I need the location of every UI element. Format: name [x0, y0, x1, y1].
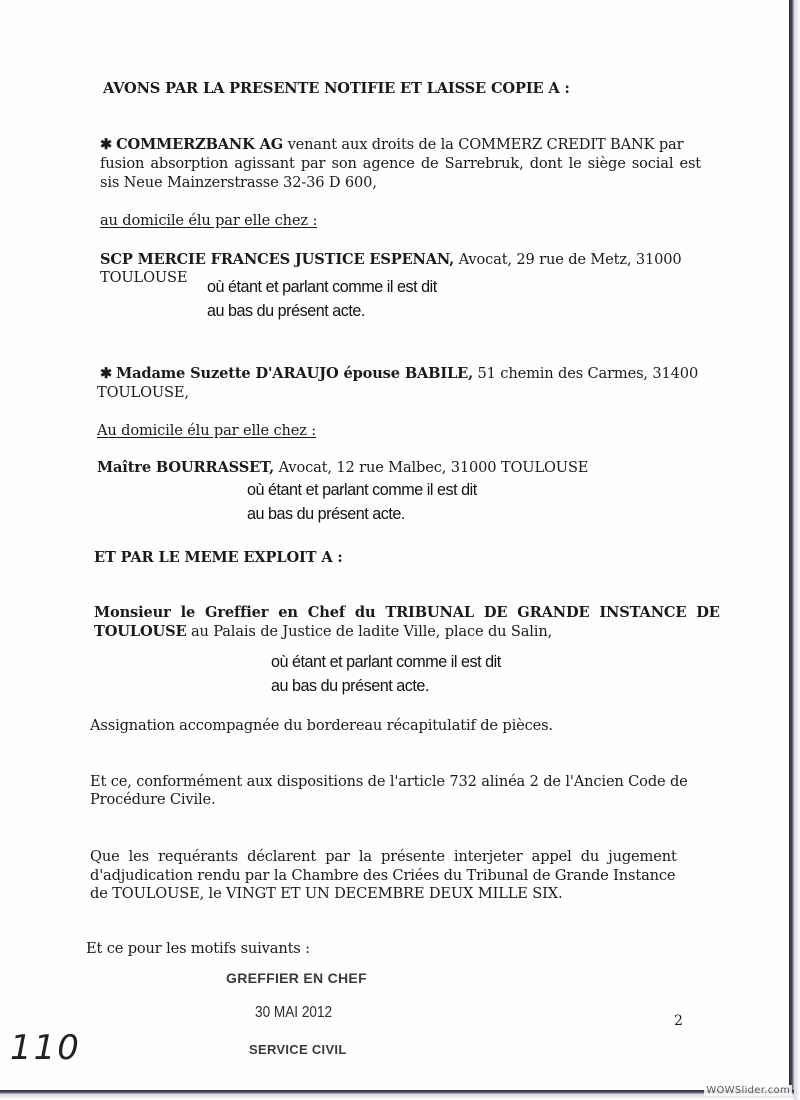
party2-city: TOULOUSE,	[97, 383, 189, 402]
party1-name: COMMERZBANK AG	[116, 136, 283, 153]
party2-lawyer-address: Avocat, 12 rue Malbec, 31000 TOULOUSE	[274, 459, 588, 476]
appeal-line3: de TOULOUSE, le VINGT ET UN DECEMBRE DEU…	[90, 884, 562, 903]
party1-domicile-label: au domicile élu par elle chez :	[100, 211, 317, 230]
party2-name: Madame Suzette D'ARAUJO épouse BABILE,	[116, 365, 473, 382]
appeal-line2: d'adjudication rendu par la Chambre des …	[90, 866, 675, 885]
handwritten-number: 110	[10, 1028, 81, 1068]
asterisk-icon: ✱	[100, 365, 112, 382]
party1-service-stamp-line1: où étant et parlant comme il est dit	[207, 275, 437, 299]
party2-domicile-label: Au domicile élu par elle chez :	[97, 421, 316, 440]
watermark-text: WOWSlider.com	[704, 1085, 792, 1096]
party1-line1: ✱COMMERZBANK AG venant aux droits de la …	[100, 135, 683, 154]
party3-service-stamp-line2: au bas du présent acte.	[271, 674, 429, 698]
article-line1: Et ce, conformément aux dispositions de …	[90, 772, 688, 791]
party1-service-stamp-line2: au bas du présent acte.	[207, 299, 365, 323]
same-writ-heading: ET PAR LE MEME EXPLOIT A :	[94, 548, 343, 567]
stamp-date: 30 MAI 2012	[255, 1004, 332, 1022]
party1-line2: fusion absorption agissant par son agenc…	[100, 154, 701, 173]
party1-lawyer-name: SCP MERCIE FRANCES JUSTICE ESPENAN,	[100, 251, 454, 268]
party2-line1: ✱Madame Suzette D'ARAUJO épouse BABILE, …	[100, 364, 698, 383]
notification-heading: AVONS PAR LA PRESENTE NOTIFIE ET LAISSE …	[103, 79, 570, 98]
party3-service-stamp-line1: où étant et parlant comme il est dit	[271, 650, 501, 674]
party3-line1-text: Monsieur le Greffier en Chef du TRIBUNAL…	[94, 604, 720, 621]
party1-line3: sis Neue Mainzerstrasse 32-36 D 600,	[100, 173, 377, 192]
party3-line2: TOULOUSE au Palais de Justice de ladite …	[94, 622, 552, 641]
asterisk-icon: ✱	[100, 136, 112, 153]
party2-lawyer-name: Maître BOURRASSET,	[97, 459, 274, 476]
party2-service-stamp-line2: au bas du présent acte.	[247, 502, 405, 526]
party1-lawyer-city: TOULOUSE	[100, 268, 187, 287]
party1-lawyer-address: Avocat, 29 rue de Metz, 31000	[454, 251, 681, 268]
assignation-text: Assignation accompagnée du bordereau réc…	[90, 716, 553, 735]
party3-address: au Palais de Justice de ladite Ville, pl…	[186, 623, 552, 640]
page-number: 2	[674, 1012, 683, 1031]
article-line2: Procédure Civile.	[90, 790, 216, 809]
stamp-title: GREFFIER EN CHEF	[226, 970, 367, 986]
motifs-text: Et ce pour les motifs suivants :	[86, 939, 310, 958]
party2-lawyer-line: Maître BOURRASSET, Avocat, 12 rue Malbec…	[97, 458, 588, 477]
party1-lawyer-line: SCP MERCIE FRANCES JUSTICE ESPENAN, Avoc…	[100, 250, 682, 269]
party1-line1-rest: venant aux droits de la COMMERZ CREDIT B…	[283, 136, 683, 153]
party2-address: 51 chemin des Carmes, 31400	[473, 365, 698, 382]
page-shadow-bottom	[0, 1094, 800, 1100]
appeal-line1: Que les requérants déclarent par la prés…	[90, 847, 677, 866]
page-shadow-right	[794, 0, 800, 1100]
party3-line1: Monsieur le Greffier en Chef du TRIBUNAL…	[94, 603, 720, 622]
party3-city: TOULOUSE	[94, 623, 186, 640]
document-page: AVONS PAR LA PRESENTE NOTIFIE ET LAISSE …	[0, 0, 789, 1090]
party2-service-stamp-line1: où étant et parlant comme il est dit	[247, 478, 477, 502]
stamp-service: SERVICE CIVIL	[249, 1042, 347, 1057]
